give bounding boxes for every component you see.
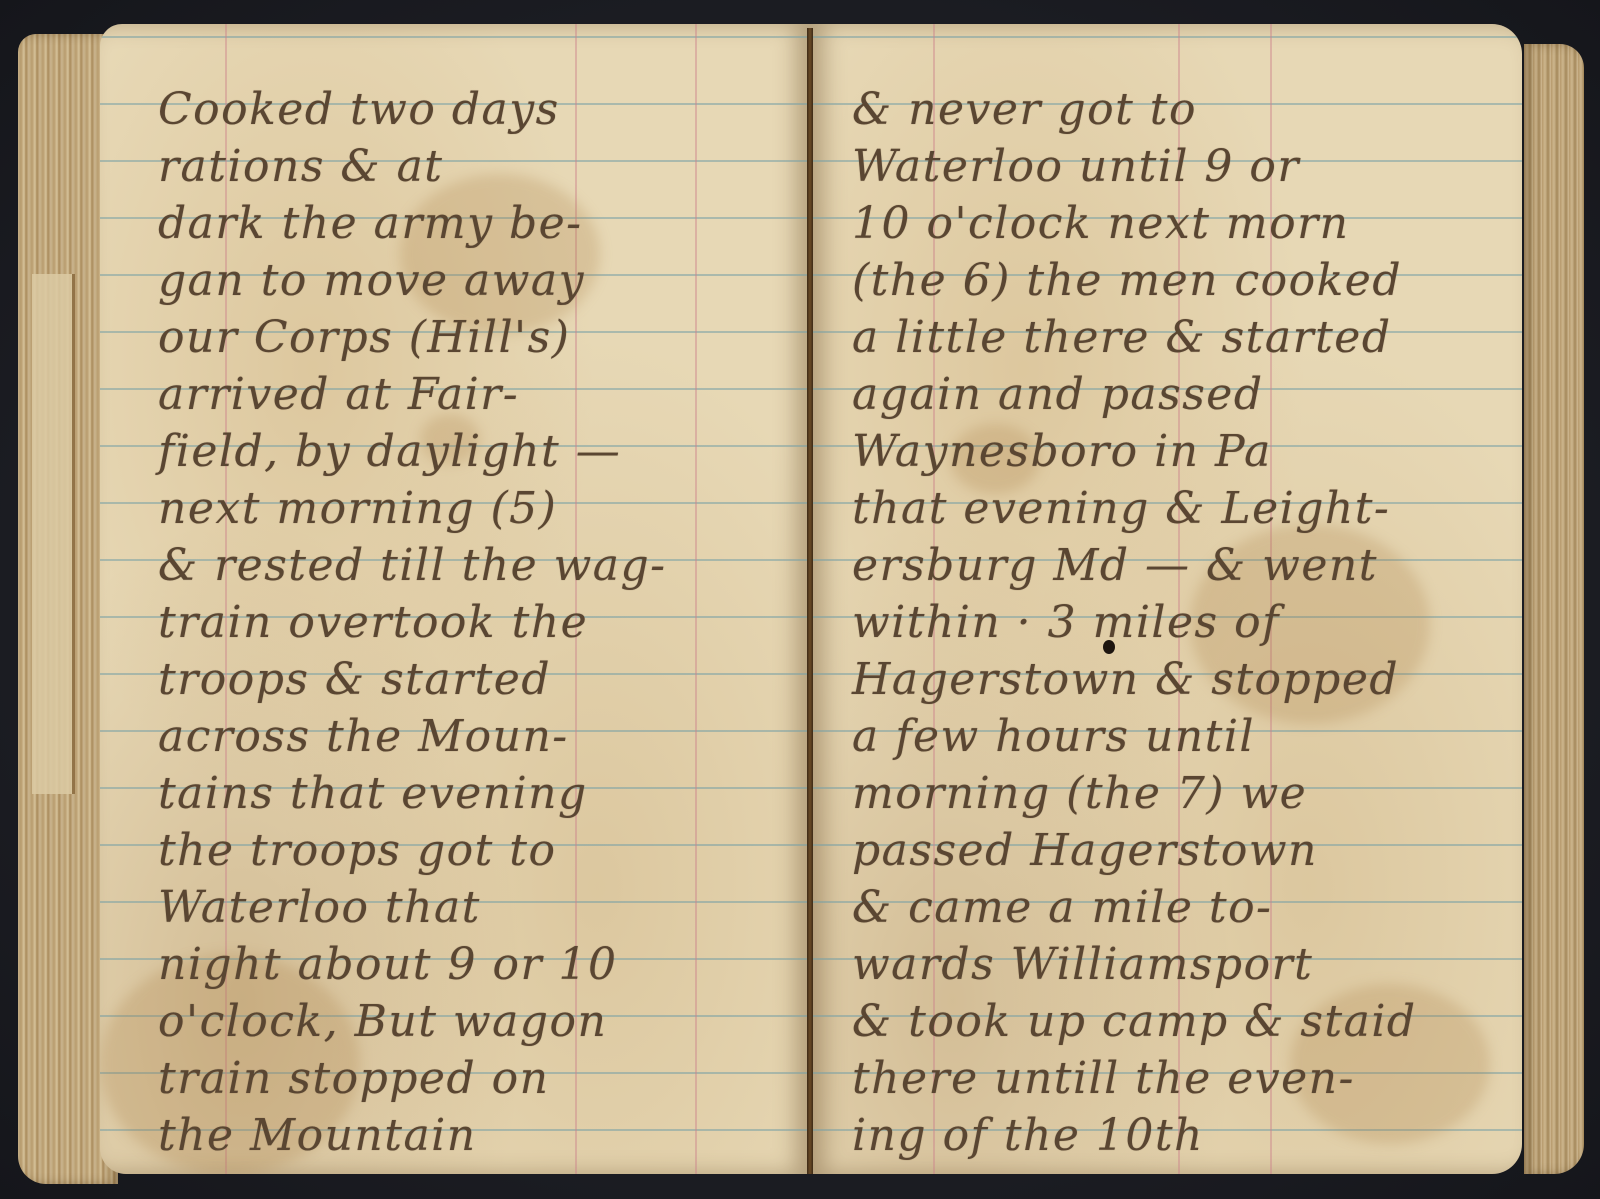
handwritten-line: across the Moun- — [100, 708, 810, 765]
handwritten-line: night about 9 or 10 — [100, 936, 810, 993]
handwritten-line: there untill the even- — [810, 1050, 1522, 1107]
handwritten-line: 10 o'clock next morn — [810, 195, 1522, 252]
diary-book: Cooked two days rations & at dark the ar… — [18, 14, 1584, 1192]
handwritten-line: & never got to — [810, 81, 1522, 138]
handwritten-line: within · 3 miles of — [810, 594, 1522, 651]
left-page-text: Cooked two days rations & at dark the ar… — [100, 107, 810, 1174]
handwritten-line: field, by daylight — — [100, 423, 810, 480]
handwritten-line: Waterloo that — [100, 879, 810, 936]
handwritten-line: Cooked two days — [100, 81, 810, 138]
handwritten-line: o'clock, But wagon — [100, 993, 810, 1050]
handwritten-line: troops & started — [100, 651, 810, 708]
handwritten-line: next morning (5) — [100, 480, 810, 537]
handwritten-line: rations & at — [100, 138, 810, 195]
handwritten-line: arrived at Fair- — [100, 366, 810, 423]
handwritten-line: the troops got to — [100, 822, 810, 879]
handwritten-line: passed Hagerstown — [810, 822, 1522, 879]
torn-page-fragment — [32, 274, 75, 794]
page-edges-right — [1524, 44, 1584, 1174]
right-page: & never got to Waterloo until 9 or 10 o'… — [810, 24, 1522, 1174]
handwritten-line: dark the army be- — [100, 195, 810, 252]
right-page-text: & never got to Waterloo until 9 or 10 o'… — [810, 107, 1522, 1174]
handwritten-line: a few hours until — [810, 708, 1522, 765]
handwritten-line: & took up camp & staid — [810, 993, 1522, 1050]
left-page: Cooked two days rations & at dark the ar… — [100, 24, 810, 1174]
handwritten-line: Waynesboro in Pa — [810, 423, 1522, 480]
handwritten-line: a little there & started — [810, 309, 1522, 366]
handwritten-line: the Mountain — [100, 1107, 810, 1164]
handwritten-line: Waterloo until 9 or — [810, 138, 1522, 195]
handwritten-line: that evening & Leight- — [810, 480, 1522, 537]
handwritten-line: ersburg Md — & went — [810, 537, 1522, 594]
handwritten-line: morning (the 7) we — [810, 765, 1522, 822]
handwritten-line: wards Williamsport — [810, 936, 1522, 993]
handwritten-line: (the 6) the men cooked — [810, 252, 1522, 309]
handwritten-line: & rested till the wag- — [100, 537, 810, 594]
handwritten-line: Hagerstown & stopped — [810, 651, 1522, 708]
handwritten-line: gan to move away — [100, 252, 810, 309]
handwritten-line: tains that evening — [100, 765, 810, 822]
handwritten-line: again and passed — [810, 366, 1522, 423]
handwritten-line: & came a mile to- — [810, 879, 1522, 936]
handwritten-line: train stopped on — [100, 1050, 810, 1107]
handwritten-line: our Corps (Hill's) — [100, 309, 810, 366]
handwritten-line: train overtook the — [100, 594, 810, 651]
handwritten-line: ing of the 10th — [810, 1107, 1522, 1164]
book-gutter — [807, 28, 813, 1174]
photo-scene: Cooked two days rations & at dark the ar… — [0, 0, 1600, 1199]
